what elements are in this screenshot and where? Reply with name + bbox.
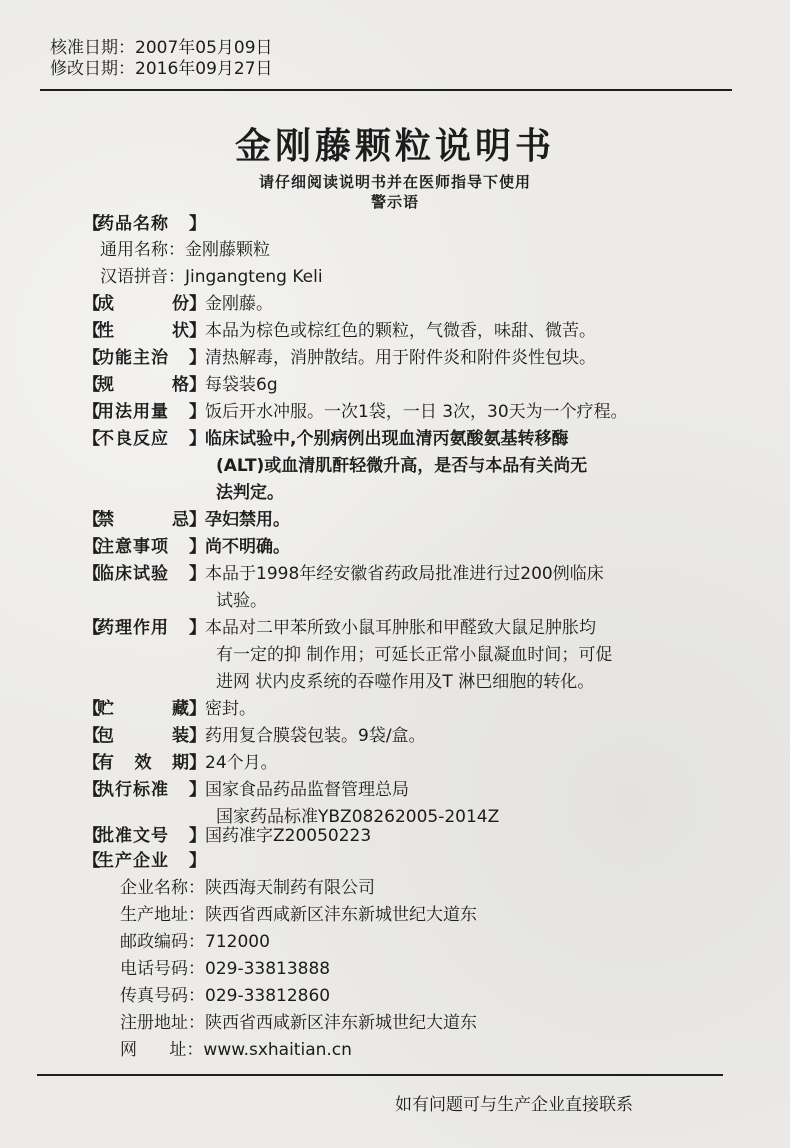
top-divider — [40, 89, 732, 91]
section-value: 本品于1998年经安徽省药政局批准进行过200例临床 — [205, 562, 604, 586]
section-label: 【批准文号】 — [83, 824, 205, 848]
section-value: 饭后开水冲服。一次1袋，一日 3次，30天为一个疗程。 — [205, 400, 628, 424]
section-label: 【执行标准】 — [83, 778, 205, 802]
section-value: 金刚藤。 — [205, 292, 273, 316]
manufacturer-item: 邮政编码：712000 — [120, 930, 270, 954]
section-row: 【不良反应】临床试验中,个别病例出现血清丙氨酸氨基转移酶 — [83, 427, 568, 451]
section-label: 【用法用量】 — [83, 400, 205, 424]
section-value-continued: 有一定的抑 制作用；可延长正常小鼠凝血时间；可促 — [216, 643, 612, 667]
pinyin-name: 汉语拼音：Jingangteng Keli — [100, 265, 323, 289]
manufacturer-item: 生产地址：陕西省西咸新区沣东新城世纪大道东 — [120, 903, 477, 927]
section-value: 临床试验中,个别病例出现血清丙氨酸氨基转移酶 — [205, 427, 568, 451]
manufacturer-item: 传真号码：029-33812860 — [120, 984, 330, 1008]
bottom-divider — [37, 1074, 723, 1076]
section-label: 【性状】 — [83, 319, 205, 343]
subtitle-block: 请仔细阅读说明书并在医师指导下使用 警示语 — [0, 172, 790, 212]
section-label: 【成份】 — [83, 292, 205, 316]
section-label: 【药品名称】 — [83, 212, 205, 236]
section-row: 【药理作用】本品对二甲苯所致小鼠耳肿胀和甲醛致大鼠足肿胀均 — [83, 616, 596, 640]
generic-name: 通用名称：金刚藤颗粒 — [100, 238, 270, 262]
section-label: 【注意事项】 — [83, 535, 205, 559]
section-row: 【禁忌】孕妇禁用。 — [83, 508, 290, 532]
section-row: 【规格】每袋装6g — [83, 373, 278, 397]
section-value: 国药准字Z20050223 — [205, 824, 371, 848]
section-row: 【成份】金刚藤。 — [83, 292, 273, 316]
section-row: 【功能主治】清热解毒，消肿散结。用于附件炎和附件炎性包块。 — [83, 346, 596, 370]
document-dates: 核准日期：2007年05月09日 修改日期：2016年09月27日 — [50, 38, 273, 80]
section-label: 【临床试验】 — [83, 562, 205, 586]
revision-date: 修改日期：2016年09月27日 — [50, 59, 273, 80]
section-label: 【规格】 — [83, 373, 205, 397]
section-row: 【批准文号】国药准字Z20050223 — [83, 824, 371, 848]
section-value: 密封。 — [205, 697, 256, 721]
section-value: 本品对二甲苯所致小鼠耳肿胀和甲醛致大鼠足肿胀均 — [205, 616, 596, 640]
document-title: 金刚藤颗粒说明书 — [0, 118, 790, 169]
section-label: 【包装】 — [83, 724, 205, 748]
section-label: 【药理作用】 — [83, 616, 205, 640]
manufacturer-item: 企业名称：陕西海天制药有限公司 — [120, 876, 375, 900]
section-value: 药用复合膜袋包装。9袋/盒。 — [205, 724, 426, 748]
section-value-continued: (ALT)或血清肌酐轻微升高，是否与本品有关尚无 — [216, 454, 587, 478]
section-label: 【生产企业】 — [83, 849, 205, 873]
section-row: 【贮藏】密封。 — [83, 697, 256, 721]
approval-date: 核准日期：2007年05月09日 — [50, 38, 273, 59]
section-label: 【有效期】 — [83, 751, 205, 775]
section-value: 本品为棕色或棕红色的颗粒，气微香，味甜、微苦。 — [205, 319, 596, 343]
usage-instruction: 请仔细阅读说明书并在医师指导下使用 — [0, 172, 790, 192]
section-value: 尚不明确。 — [205, 535, 290, 559]
section-value: 孕妇禁用。 — [205, 508, 290, 532]
section-row: 【执行标准】国家食品药品监督管理总局 — [83, 778, 409, 802]
section-label: 【贮藏】 — [83, 697, 205, 721]
section-row: 【临床试验】本品于1998年经安徽省药政局批准进行过200例临床 — [83, 562, 604, 586]
section-manufacturer: 【生产企业】 — [83, 849, 205, 873]
section-value: 每袋装6g — [205, 373, 278, 397]
manufacturer-item: 电话号码：029-33813888 — [120, 957, 330, 981]
section-value: 国家食品药品监督管理总局 — [205, 778, 409, 802]
section-value-continued: 法判定。 — [216, 481, 284, 505]
section-row: 【包装】药用复合膜袋包装。9袋/盒。 — [83, 724, 426, 748]
contact-note: 如有问题可与生产企业直接联系 — [395, 1090, 633, 1115]
section-row: 【性状】本品为棕色或棕红色的颗粒，气微香，味甜、微苦。 — [83, 319, 596, 343]
section-value-continued: 试验。 — [216, 589, 267, 613]
section-row: 【用法用量】饭后开水冲服。一次1袋，一日 3次，30天为一个疗程。 — [83, 400, 628, 424]
section-value: 24个月。 — [205, 751, 278, 775]
section-label: 【禁忌】 — [83, 508, 205, 532]
warning-label: 警示语 — [0, 192, 790, 212]
section-drug-name: 【药品名称】 — [83, 212, 205, 236]
section-label: 【功能主治】 — [83, 346, 205, 370]
section-value: 清热解毒，消肿散结。用于附件炎和附件炎性包块。 — [205, 346, 596, 370]
section-value-continued: 进网 状内皮系统的吞噬作用及T 淋巴细胞的转化。 — [216, 670, 594, 694]
section-row: 【有效期】24个月。 — [83, 751, 278, 775]
section-label: 【不良反应】 — [83, 427, 205, 451]
manufacturer-item: 注册地址：陕西省西咸新区沣东新城世纪大道东 — [120, 1011, 477, 1035]
manufacturer-item[interactable]: 网 址：www.sxhaitian.cn — [120, 1038, 352, 1062]
section-row: 【注意事项】尚不明确。 — [83, 535, 290, 559]
